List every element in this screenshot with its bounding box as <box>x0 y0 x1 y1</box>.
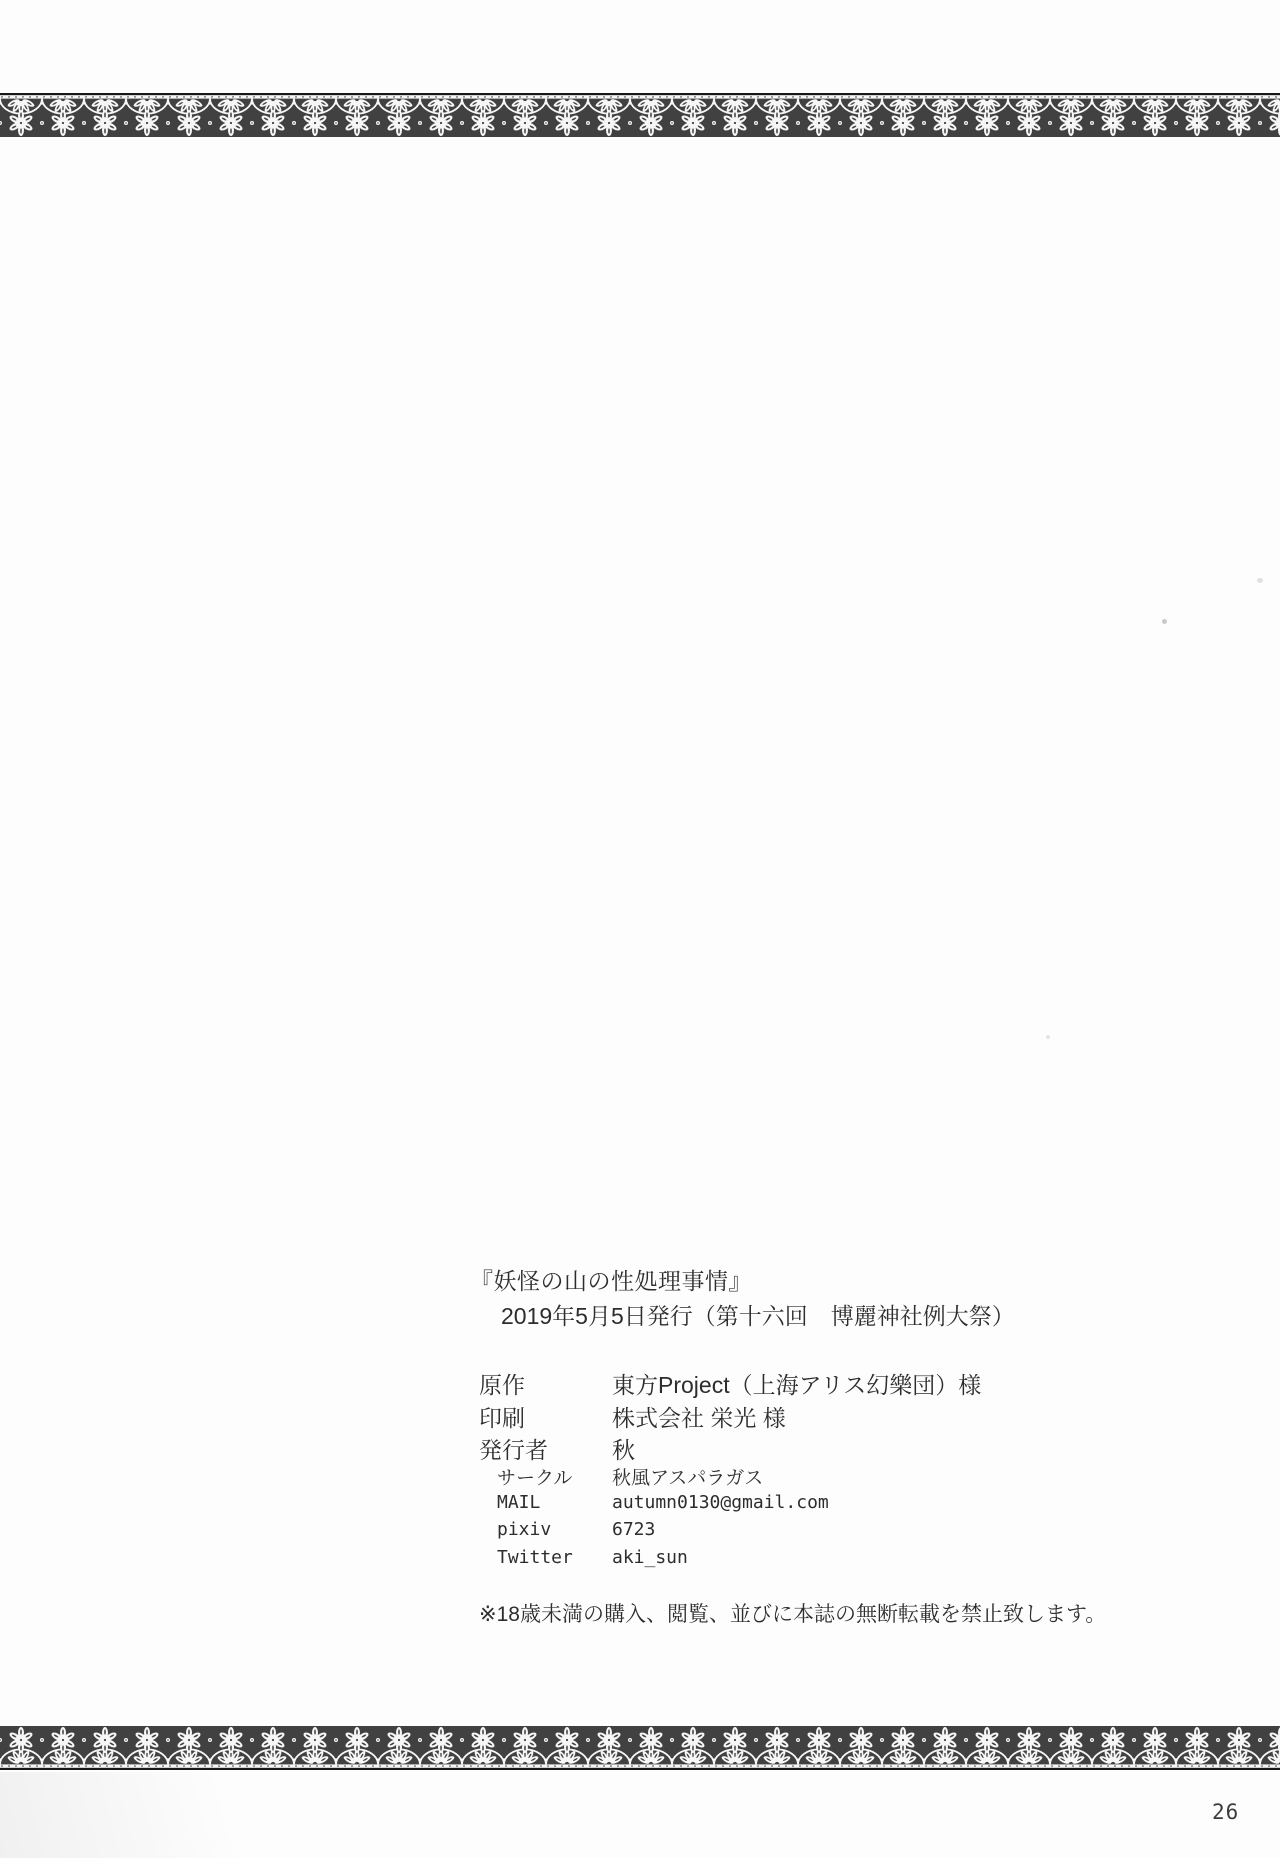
contact-label: MAIL <box>497 1492 612 1513</box>
credit-value: 東方Project（上海アリス幻樂団）様 <box>612 1367 981 1400</box>
page-number: 26 <box>1212 1800 1239 1824</box>
credit-label: 原作 <box>479 1367 612 1400</box>
scanned-colophon-page: 『妖怪の山の性処理事情』 2019年5月5日発行（第十六回 博麗神社例大祭） 原… <box>0 0 1280 1858</box>
book-title: 『妖怪の山の性処理事情』 <box>470 1268 752 1295</box>
contact-label: Twitter <box>497 1547 612 1568</box>
contact-value: aki_sun <box>612 1547 688 1568</box>
age-restriction-disclaimer: ※18歳未満の購入、閲覧、並びに本誌の無断転載を禁止致します。 <box>479 1603 1106 1628</box>
contact-value: 6723 <box>612 1519 655 1540</box>
credit-row-printing: 印刷 株式会社 栄光 様 <box>479 1400 786 1433</box>
credit-row-publisher: 発行者 秋 <box>479 1432 635 1465</box>
credit-label: 発行者 <box>479 1432 612 1465</box>
credit-row-original-work: 原作 東方Project（上海アリス幻樂団）様 <box>479 1367 981 1400</box>
contact-value: 秋風アスパラガス <box>612 1463 763 1490</box>
contact-row-circle: サークル 秋風アスパラガス <box>497 1463 763 1490</box>
publication-date-line: 2019年5月5日発行（第十六回 博麗神社例大祭） <box>501 1303 1015 1330</box>
credit-value: 株式会社 栄光 様 <box>612 1400 786 1433</box>
contact-row-mail: MAIL autumn0130@gmail.com <box>497 1492 829 1513</box>
scan-speck <box>1162 619 1167 624</box>
contact-value: autumn0130@gmail.com <box>612 1492 829 1513</box>
contact-label: pixiv <box>497 1519 612 1540</box>
scan-speck <box>1046 1035 1050 1039</box>
lace-border-bottom <box>0 1726 1280 1770</box>
contact-label: サークル <box>497 1463 612 1490</box>
credit-value: 秋 <box>612 1432 635 1465</box>
scan-shadow <box>0 1772 420 1858</box>
credit-label: 印刷 <box>479 1400 612 1433</box>
contact-row-twitter: Twitter aki_sun <box>497 1547 688 1568</box>
lace-border-top <box>0 93 1280 137</box>
contact-row-pixiv: pixiv 6723 <box>497 1519 655 1540</box>
scan-speck <box>1257 578 1263 583</box>
